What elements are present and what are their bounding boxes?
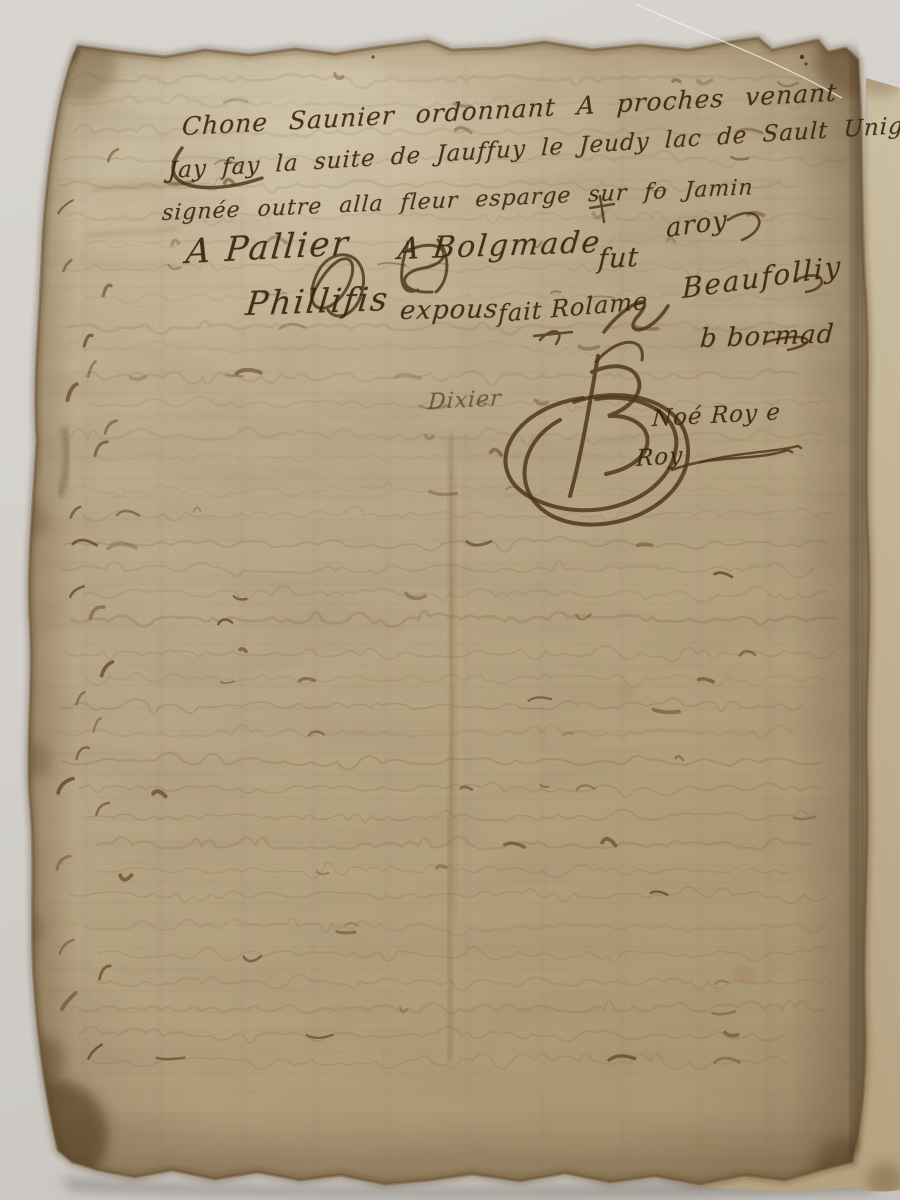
foxing-spot [691, 1133, 709, 1151]
manuscript-photo: Chone Saunier ordonnant A proches venant… [0, 0, 900, 1200]
paper-texture-layer [0, 0, 900, 1200]
manuscript-scene [0, 0, 900, 1200]
ink-dot [371, 55, 375, 59]
foxing-spot [619, 684, 635, 700]
ink-dot [800, 55, 804, 59]
foxing-spot [534, 729, 546, 741]
manuscript-page [0, 0, 900, 1200]
ink-dot [804, 62, 807, 65]
gutter-shadow [852, 48, 856, 1160]
foxing-spot [735, 965, 755, 985]
